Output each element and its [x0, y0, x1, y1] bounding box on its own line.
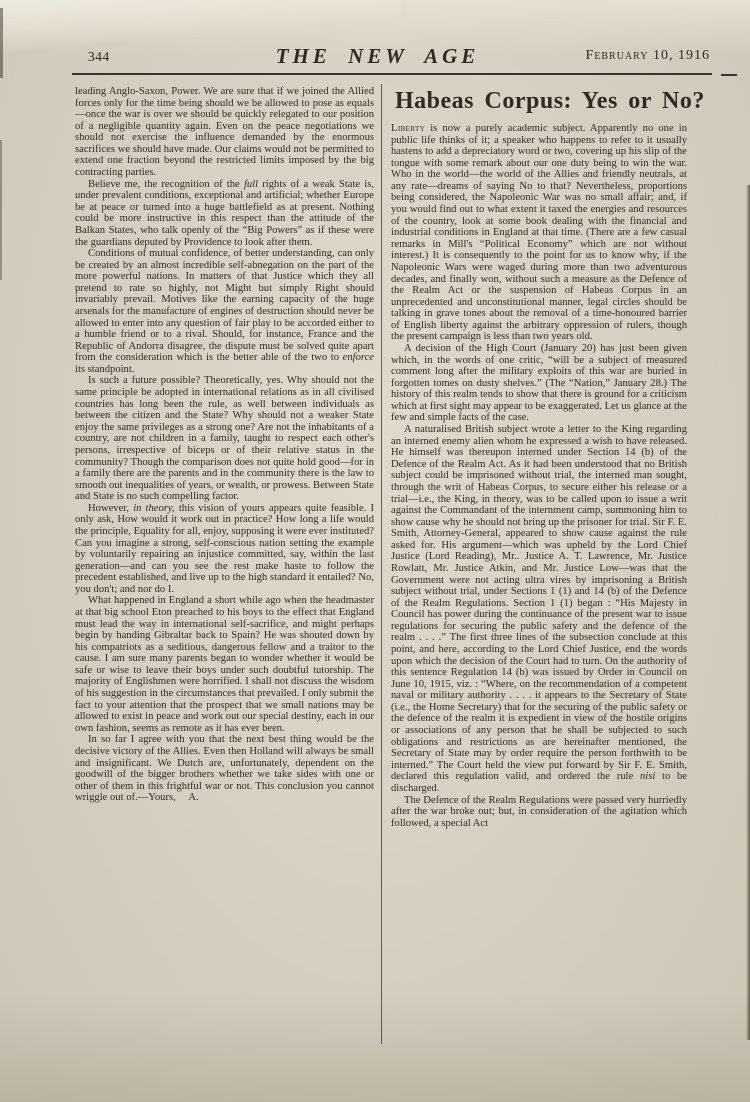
header-rule-dash [721, 74, 737, 76]
article-heading: Habeas Corpus: Yes or No? [395, 86, 687, 116]
paragraph: Is such a future possible? Theoretically… [75, 375, 374, 502]
issue-date: February 10, 1916 [585, 48, 710, 64]
column-divider [381, 84, 382, 1044]
right-column: Habeas Corpus: Yes or No? Liberty is now… [391, 86, 687, 829]
left-column: leading Anglo-Saxon, Power. We are sure … [75, 86, 374, 804]
paragraph: A decision of the High Court (January 20… [391, 343, 687, 424]
paragraph: Conditions of mutual confidence, of bett… [75, 248, 374, 375]
paragraph: A naturalised British subject wrote a le… [391, 424, 687, 795]
scan-edge-left [0, 8, 3, 78]
scan-edge-left-2 [0, 140, 2, 280]
paragraph: The Defence of the Realm Regulations wer… [391, 795, 687, 830]
article-body: Liberty is now a purely academic subject… [391, 123, 687, 829]
paragraph: Believe me, the recognition of the full … [75, 179, 374, 248]
scan-edge-right [746, 185, 750, 1040]
paragraph: leading Anglo-Saxon, Power. We are sure … [75, 86, 374, 179]
paragraph: In so far I agree with you that the next… [75, 734, 374, 803]
header-rule [72, 73, 712, 75]
paragraph: What happened in England a short while a… [75, 595, 374, 734]
page-header: 344 THE NEW AGE February 10, 1916 [75, 44, 710, 70]
paragraph: Liberty is now a purely academic subject… [391, 123, 687, 343]
magazine-page: 344 THE NEW AGE February 10, 1916 leadin… [0, 0, 750, 1102]
paragraph: However, in theory, this vision of yours… [75, 503, 374, 596]
